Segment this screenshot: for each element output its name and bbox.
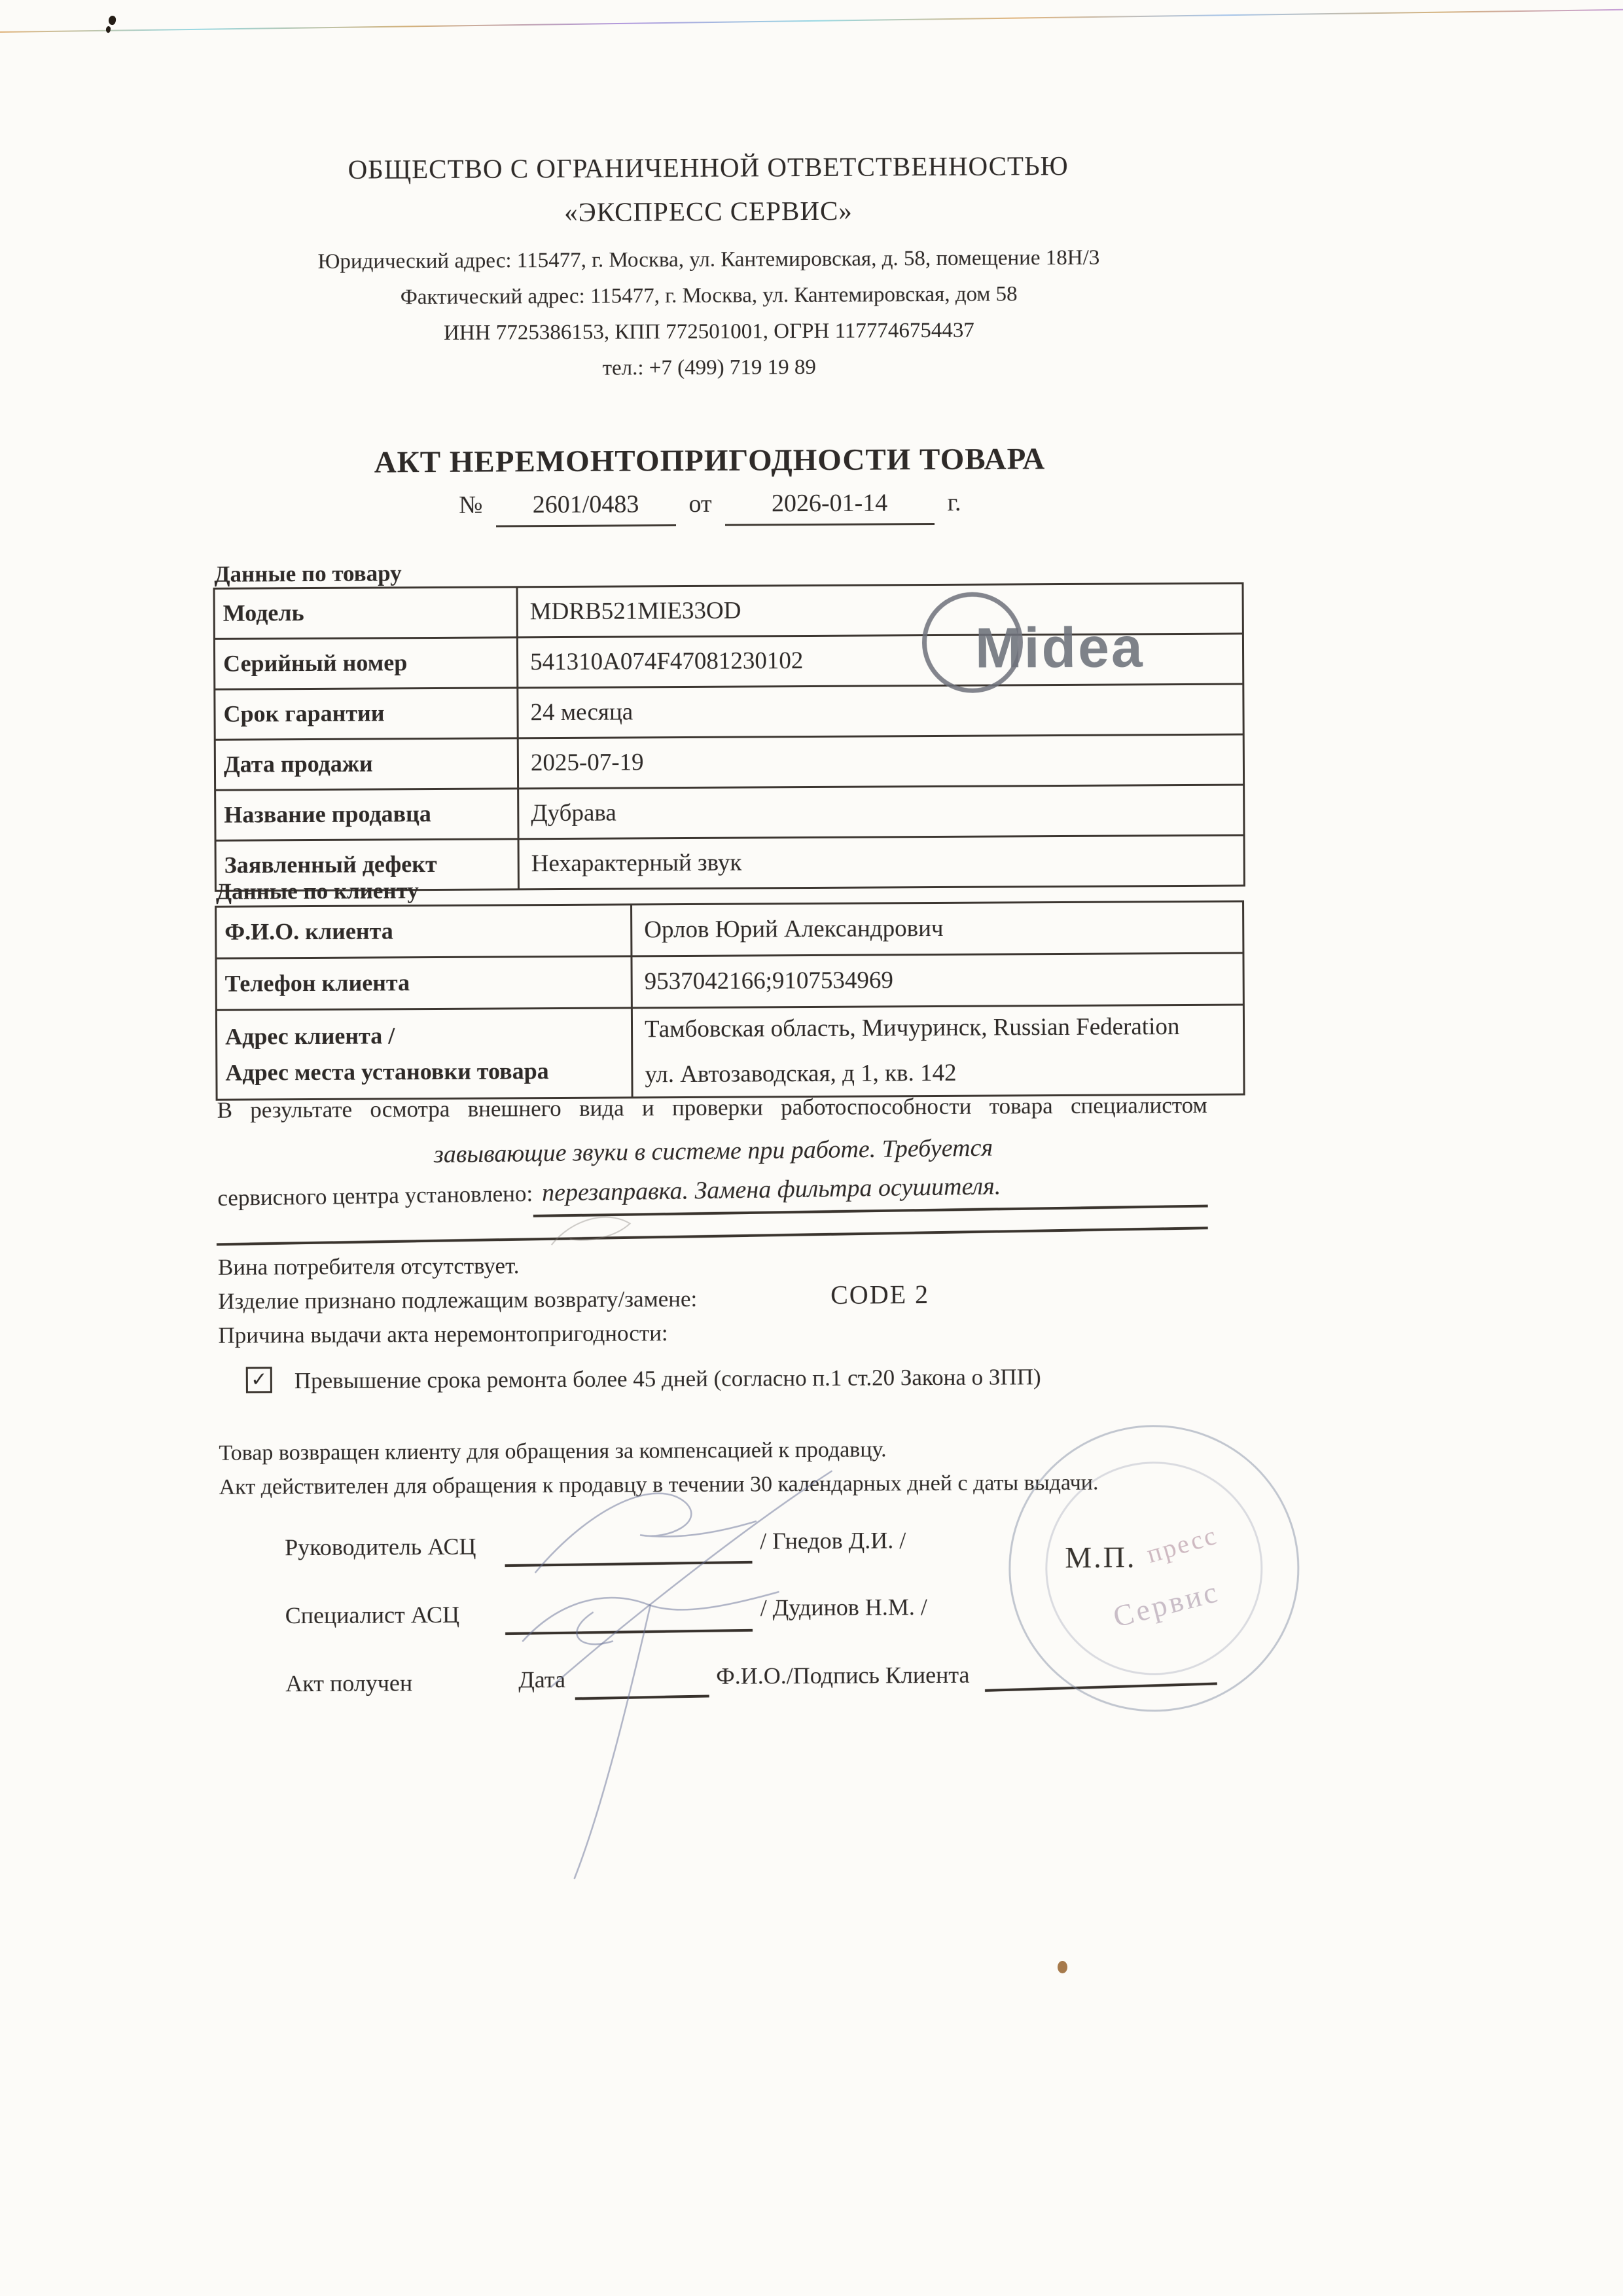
company-header: ОБЩЕСТВО С ОГРАНИЧЕННОЙ ОТВЕТСТВЕННОСТЬЮ… — [211, 150, 1207, 384]
row-value: Орлов Юрий Александрович — [632, 903, 1242, 956]
document-number-line: № 2601/0483 от 2026-01-14 г. — [213, 488, 1207, 529]
round-stamp: М.П. пресс Сервис — [1008, 1424, 1300, 1712]
address-label-line1: Адрес клиента / — [225, 1021, 626, 1050]
findings-intro-line: В результате осмотра внешнего вида и про… — [217, 1092, 1207, 1124]
from-label: от — [688, 490, 711, 519]
returned-line: Товар возвращен клиенту для обращения за… — [219, 1437, 886, 1465]
company-registration: ИНН 7725386153, КПП 772501001, ОГРН 1177… — [211, 317, 1206, 348]
client-table: Ф.И.О. клиента Орлов Юрий Александрович … — [215, 903, 1245, 1101]
specialist-signature-name: / Дудинов Н.М. / — [760, 1594, 927, 1622]
year-label: г. — [948, 489, 961, 518]
row-value: 541310A074F47081230102 — [518, 636, 957, 687]
row-label: Модель — [215, 588, 518, 637]
table-row: Телефон клиента 9537042166;9107534969 — [215, 952, 1244, 1011]
checkbox-label: Превышение срока ремонта более 45 дней (… — [294, 1364, 1041, 1394]
address-value-line1: Тамбовская область, Мичуринск, Russian F… — [645, 1013, 1238, 1044]
row-value: Дубрава — [519, 786, 1243, 838]
reason-statement: Причина выдачи акта неремонтопригодности… — [218, 1320, 668, 1349]
specialist-signature-line — [505, 1596, 753, 1635]
row-value: 9537042166;9107534969 — [632, 954, 1242, 1007]
company-phone: тел.: +7 (499) 719 19 89 — [212, 353, 1207, 384]
address-label-line2: Адрес места установки товара — [225, 1057, 626, 1086]
validity-line: Акт действителен для обращения к продавц… — [219, 1470, 1099, 1500]
row-label: Дата продажи — [216, 739, 519, 789]
date-label: Дата — [518, 1666, 565, 1694]
act-received-label: Акт получен — [285, 1670, 412, 1697]
document-title: АКТ НЕРЕМОНТОПРИГОДНОСТИ ТОВАРА — [212, 440, 1207, 481]
row-value: 24 месяца — [518, 687, 957, 738]
document-date: 2026-01-14 — [772, 489, 888, 517]
number-sign-label: № — [459, 492, 482, 520]
checkbox: ✓ — [246, 1367, 272, 1393]
signature-tail-stroke — [573, 1605, 652, 1878]
diagonal-stroke — [550, 1471, 833, 1687]
client-signature-label: Ф.И.О./Подпись Клиента — [716, 1662, 969, 1690]
head-signature-name: / Гнедов Д.И. / — [760, 1527, 906, 1555]
return-code: CODE 2 — [830, 1280, 929, 1310]
document-sheet: ОБЩЕСТВО С ОГРАНИЧЕННОЙ ОТВЕТСТВЕННОСТЬЮ… — [0, 0, 1623, 2296]
row-label: Ф.И.О. клиента — [217, 905, 632, 957]
product-section-heading: Данные по товару — [214, 560, 401, 588]
client-section-heading: Данные по клиенту — [216, 878, 419, 905]
row-label: Серийный номер — [215, 638, 518, 688]
row-value: MDRB521MIE33OD — [518, 586, 957, 637]
table-row: Название продавца Дубрава — [214, 784, 1245, 842]
row-label: Телефон клиента — [217, 957, 632, 1009]
findings-conclusion-prefix: сервисного центра установлено: — [217, 1181, 533, 1211]
no-fault-statement: Вина потребителя отсутствует. — [218, 1253, 520, 1281]
row-value: 2025-07-19 — [519, 737, 958, 788]
head-signature-label: Руководитель АСЦ — [285, 1534, 476, 1562]
document-date-field: 2026-01-14 — [725, 489, 935, 526]
scanned-document-page: ОБЩЕСТВО С ОГРАНИЧЕННОЙ ОТВЕТСТВЕННОСТЬЮ… — [0, 0, 1623, 2296]
row-value: Нехарактерный звук — [520, 836, 1243, 889]
table-row: Срок гарантии 24 месяца — [213, 683, 1244, 741]
head-signature-line — [505, 1528, 753, 1567]
row-value: Тамбовская область, Мичуринск, Russian F… — [633, 1006, 1243, 1097]
address-value-line2: ул. Автозаводская, д 1, кв. 142 — [645, 1058, 1238, 1089]
table-row: Дата продажи 2025-07-19 — [214, 734, 1245, 791]
row-label: Срок гарантии — [215, 689, 518, 738]
midea-logo-text: Midea — [975, 615, 1145, 681]
company-legal-address: Юридический адрес: 115477, г. Москва, ул… — [211, 245, 1206, 276]
date-line — [575, 1662, 709, 1700]
table-row: Ф.И.О. клиента Орлов Юрий Александрович — [215, 901, 1244, 960]
document-number-field: 2601/0483 — [495, 490, 675, 527]
return-statement: Изделие признано подлежащим возврату/зам… — [218, 1286, 697, 1315]
company-actual-address: Фактический адрес: 115477, г. Москва, ул… — [211, 281, 1206, 312]
table-row: Адрес клиента / Адрес места установки то… — [215, 1004, 1245, 1101]
document-number: 2601/0483 — [533, 490, 639, 518]
row-label: Название продавца — [216, 789, 519, 839]
specialist-signature-label: Специалист АСЦ — [285, 1602, 459, 1630]
company-name-line2: «ЭКСПРЕСС СЕРВИС» — [211, 194, 1205, 230]
checkmark-icon: ✓ — [251, 1369, 267, 1390]
findings-handwritten-overflow: завывающие звуки в системе при работе. Т… — [216, 1132, 1211, 1172]
company-name-line1: ОБЩЕСТВО С ОГРАНИЧЕННОЙ ОТВЕТСТВЕННОСТЬЮ — [211, 150, 1205, 186]
row-label: Адрес клиента / Адрес места установки то… — [217, 1009, 633, 1098]
stamp-mp-label: М.П. — [1065, 1540, 1136, 1575]
